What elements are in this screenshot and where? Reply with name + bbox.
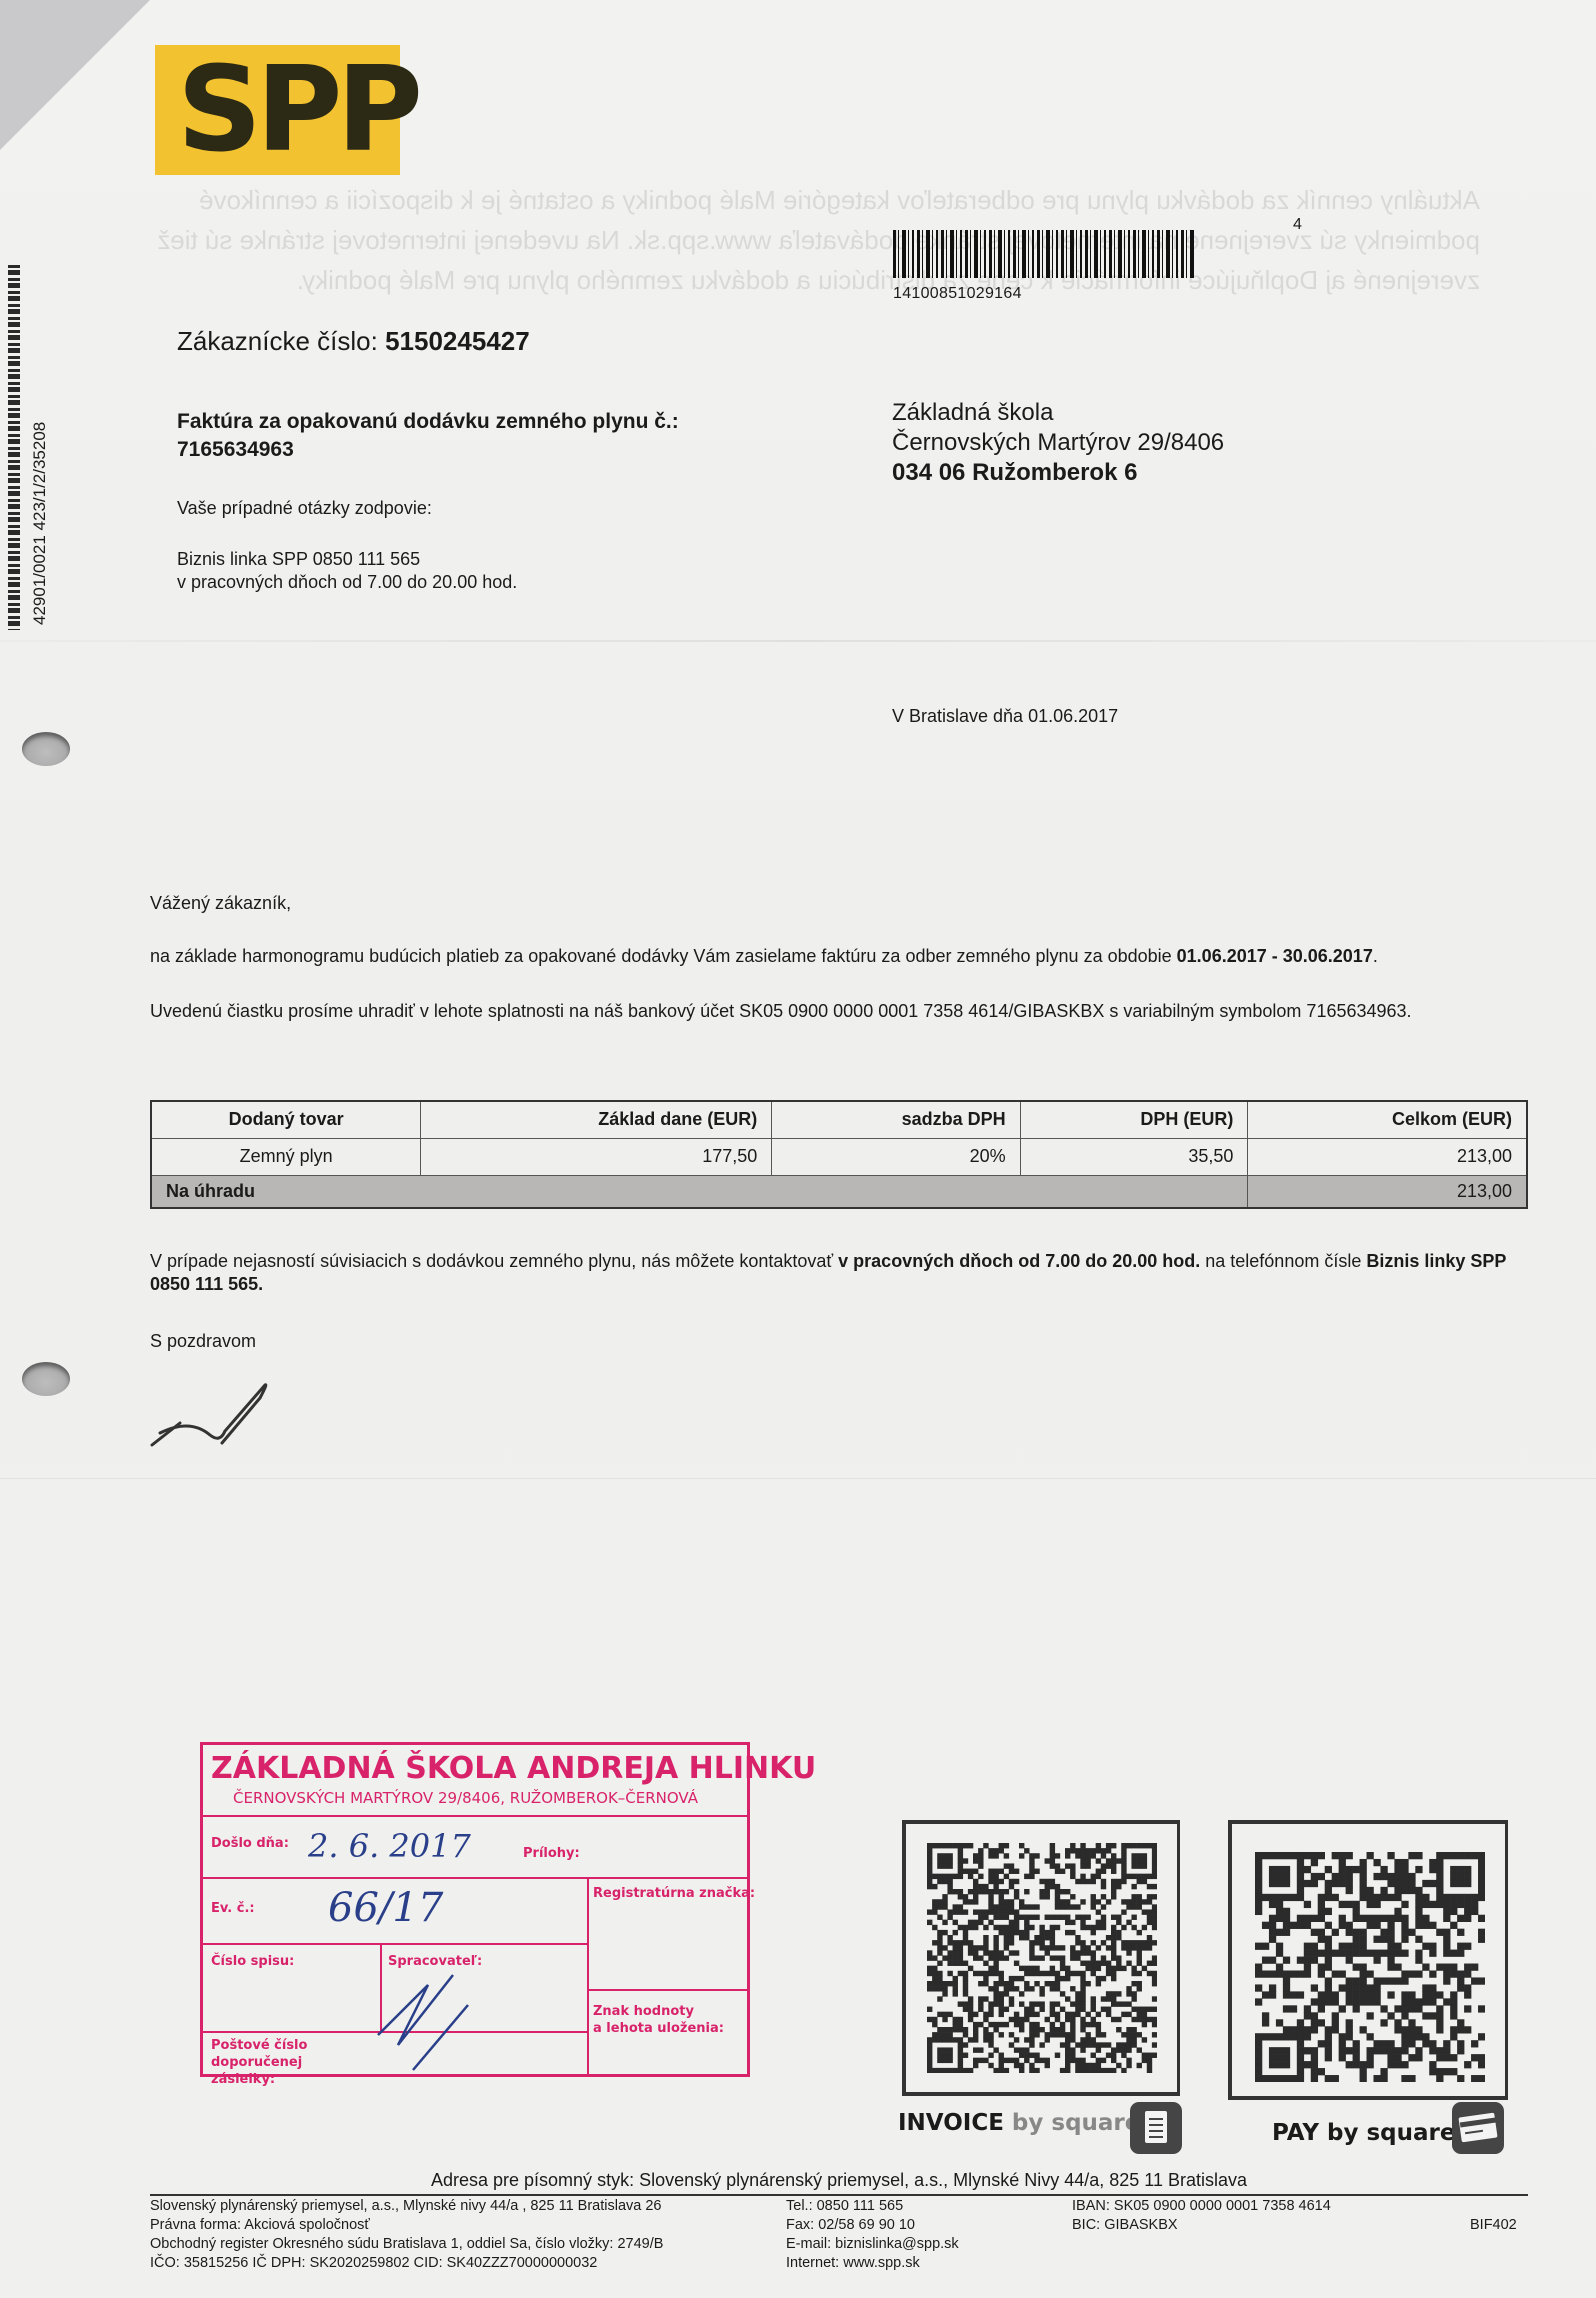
invoice-page: Aktuálny cenník za dodávku plynu pre odb… [0, 0, 1596, 2298]
stamp-title: ZÁKLADNÁ ŠKOLA ANDREJA HLINKU [211, 1751, 816, 1786]
form-code: BIF402 [1470, 2216, 1517, 2235]
paper-fold [0, 640, 1596, 642]
total-row: Na úhradu 213,00 [151, 1175, 1527, 1208]
footer-line: Obchodný register Okresného súdu Bratisl… [150, 2235, 663, 2254]
recipient-city: 034 06 Ružomberok 6 [892, 458, 1224, 488]
received-label: Došlo dňa: [211, 1835, 289, 1852]
contact-text: na telefónnom čísle [1200, 1251, 1366, 1271]
hotline-number: Biznis linka SPP 0850 111 565 [177, 548, 517, 571]
side-barcode: 42901/0021 423/1/2/35208 [8, 265, 38, 625]
customer-number: 5150245427 [385, 326, 530, 356]
letter-paragraph-1: na základe harmonogramu budúcich platieb… [150, 945, 1535, 968]
registry-stamp: ZÁKLADNÁ ŠKOLA ANDREJA HLINKU ČERNOVSKÝC… [200, 1742, 750, 2077]
hotline-info: Biznis linka SPP 0850 111 565 v pracovný… [177, 548, 517, 594]
table-row: Zemný plyn 177,50 20% 35,50 213,00 [151, 1138, 1527, 1175]
recipient-name: Základná škola [892, 398, 1224, 428]
footer-phone: Tel.: 0850 111 565 [786, 2197, 959, 2216]
paper-fold [0, 1478, 1596, 1479]
customer-number-label: Zákaznícke číslo: [177, 326, 378, 356]
questions-label: Vaše prípadné otázky zodpovie: [177, 498, 432, 519]
page-number: 4 [1293, 216, 1302, 234]
invoice-qr-code[interactable] [927, 1843, 1157, 2073]
post-label-line: doporučenej [211, 2054, 307, 2071]
processor-signature [373, 1965, 483, 2075]
footer-line: Slovenský plynárenský priemysel, a.s., M… [150, 2197, 663, 2216]
bleed-through-text: Aktuálny cenník za dodávku plynu pre odb… [110, 180, 1480, 300]
file-number-label: Číslo spisu: [211, 1953, 294, 1970]
footer-company-info: Slovenský plynárenský priemysel, a.s., M… [150, 2197, 663, 2273]
total-label: Na úhradu [151, 1175, 1248, 1208]
footer-fax: Fax: 02/58 69 90 10 [786, 2216, 959, 2235]
value-mark-label: Znak hodnoty a lehota uloženia: [593, 2003, 724, 2037]
post-number-label: Poštové číslo doporučenej zásielky: [211, 2037, 307, 2088]
table-header-row: Dodaný tovar Základ dane (EUR) sadzba DP… [151, 1101, 1527, 1138]
invoice-number: 7165634963 [177, 436, 679, 464]
post-label-line: Poštové číslo [211, 2037, 307, 2054]
footer-email[interactable]: E-mail: biznislinka@spp.sk [786, 2235, 959, 2254]
column-header: Celkom (EUR) [1248, 1101, 1527, 1138]
footer-website[interactable]: Internet: www.spp.sk [786, 2254, 959, 2273]
spp-logo: SPP [155, 45, 400, 175]
document-icon [1130, 2102, 1182, 2154]
greeting: Vážený zákazník, [150, 892, 1535, 915]
attachments-label: Prílohy: [523, 1845, 580, 1862]
closing: S pozdravom [150, 1330, 1535, 1353]
place-date: V Bratislave dňa 01.06.2017 [892, 706, 1118, 727]
table-cell: 35,50 [1020, 1138, 1248, 1175]
folded-corner [0, 0, 150, 150]
contact-paragraph: V prípade nejasností súvisiacich s dodáv… [150, 1250, 1535, 1296]
letter-paragraph-2: Uvedenú čiastku prosíme uhradiť v lehote… [150, 1000, 1535, 1023]
contact-text: V prípade nejasností súvisiacich s dodáv… [150, 1251, 838, 1271]
column-header: Dodaný tovar [151, 1101, 421, 1138]
column-header: Základ dane (EUR) [421, 1101, 772, 1138]
correspondence-address: Adresa pre písomný styk: Slovenský plyná… [150, 2170, 1528, 2196]
footer-bic: BIC: GIBASKBX [1072, 2216, 1331, 2235]
side-barcode-text: 42901/0021 423/1/2/35208 [30, 422, 50, 625]
paragraph-text: na základe harmonogramu budúcich platieb… [150, 946, 1177, 966]
recipient-street: Černovských Martýrov 29/8406 [892, 428, 1224, 458]
punch-hole [22, 1362, 70, 1396]
side-barcode-bars [8, 265, 20, 630]
received-date: 2. 6. 2017 [308, 1827, 471, 1865]
footer-contact-info: Tel.: 0850 111 565 Fax: 02/58 69 90 10 E… [786, 2197, 959, 2273]
footer-bank-info: IBAN: SK05 0900 0000 0001 7358 4614 BIC:… [1072, 2197, 1331, 2235]
footer-iban: IBAN: SK05 0900 0000 0001 7358 4614 [1072, 2197, 1331, 2216]
invoice-title: Faktúra za opakovanú dodávku zemného ply… [177, 408, 679, 464]
value-mark-label-line: a lehota uloženia: [593, 2020, 724, 2037]
ev-number-label: Ev. č.: [211, 1900, 255, 1917]
barcode-number: 14100851029164 [893, 285, 1022, 303]
contact-hours: v pracovných dňoch od 7.00 do 20.00 hod. [838, 1251, 1200, 1271]
table-cell: 213,00 [1248, 1138, 1527, 1175]
invoice-by-square-label: INVOICE by square [898, 2110, 1140, 2136]
value-mark-label-line: Znak hodnoty [593, 2003, 724, 2020]
stamp-address: ČERNOVSKÝCH MARTÝROV 29/8406, RUŽOMBEROK… [233, 1789, 698, 1807]
post-label-line: zásielky: [211, 2071, 307, 2088]
customer-number-line: Zákaznícke číslo: 5150245427 [177, 326, 530, 357]
document-barcode [893, 230, 1195, 278]
billing-period: 01.06.2017 - 30.06.2017 [1177, 946, 1373, 966]
table-cell: 177,50 [421, 1138, 772, 1175]
registry-mark-label: Registratúrna značka: [593, 1885, 755, 1902]
invoice-title-text: Faktúra za opakovanú dodávku zemného ply… [177, 408, 679, 436]
punch-hole [22, 732, 70, 766]
table-cell: 20% [772, 1138, 1020, 1175]
signature [150, 1383, 320, 1453]
ev-number: 66/17 [328, 1885, 443, 1931]
pay-by-square-label: PAY by square [1272, 2120, 1455, 2146]
by-square-label: by square [1012, 2110, 1140, 2136]
column-header: DPH (EUR) [1020, 1101, 1248, 1138]
hotline-hours: v pracovných dňoch od 7.00 do 20.00 hod. [177, 571, 517, 594]
pay-qr-code[interactable] [1255, 1852, 1485, 2082]
recipient-address: Základná škola Černovských Martýrov 29/8… [892, 398, 1224, 488]
footer-line: IČO: 35815256 IČ DPH: SK2020259802 CID: … [150, 2254, 663, 2273]
invoice-label: INVOICE [898, 2110, 1004, 2136]
total-value: 213,00 [1248, 1175, 1527, 1208]
column-header: sadzba DPH [772, 1101, 1020, 1138]
table-cell: Zemný plyn [151, 1138, 421, 1175]
footer-line: Právna forma: Akciová spoločnosť [150, 2216, 663, 2235]
payment-card-icon [1452, 2102, 1504, 2154]
goods-table: Dodaný tovar Základ dane (EUR) sadzba DP… [150, 1100, 1528, 1209]
paragraph-end: . [1373, 946, 1378, 966]
